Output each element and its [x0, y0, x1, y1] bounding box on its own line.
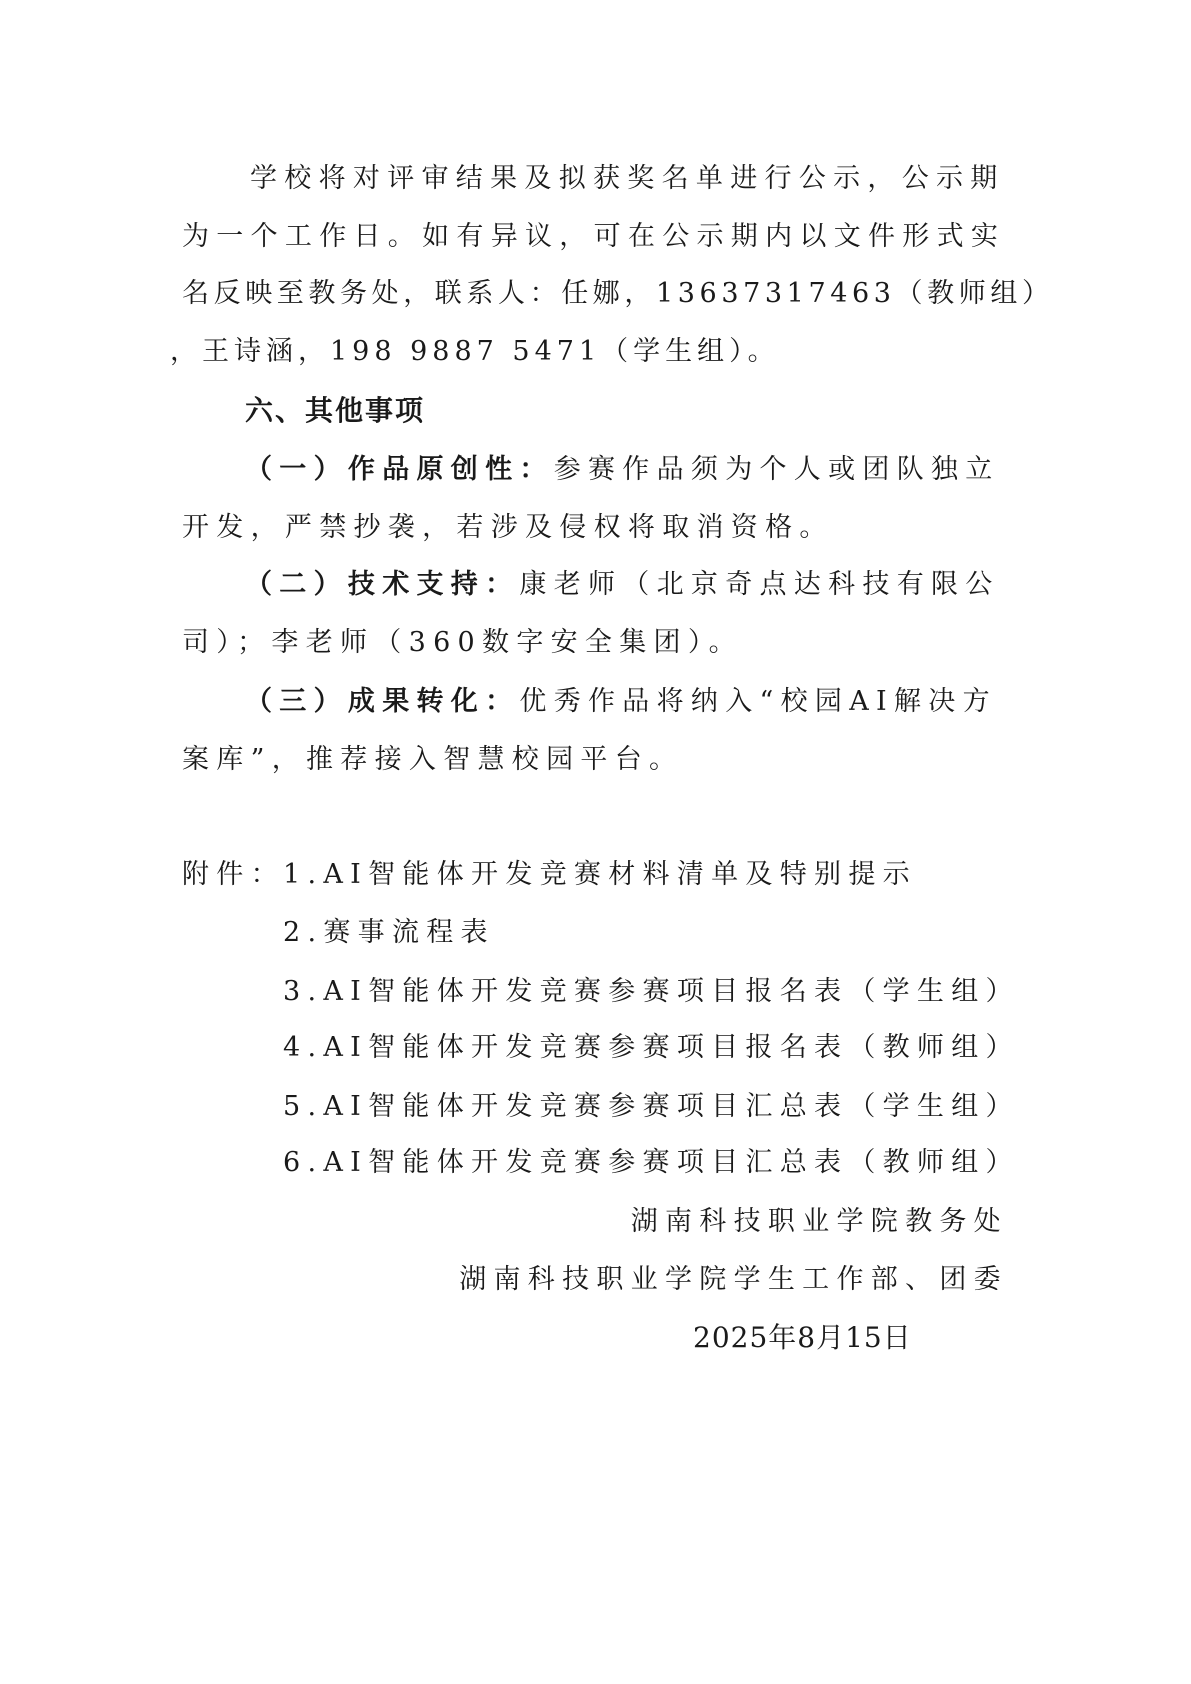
subsection-text: 康老师（北京奇点达科技有限公: [519, 569, 999, 600]
subsection-label: （一）作品原创性：: [245, 454, 554, 485]
attachment-item-4: 4.AI智能体开发竞赛参赛项目报名表（教师组）: [283, 1028, 1113, 1068]
attachment-item-2: 2.赛事流程表: [283, 913, 1113, 953]
signature-org-student-affairs: 湖南科技职业学院学生工作部、团委: [459, 1260, 1008, 1300]
signature-org-academic-affairs: 湖南科技职业学院教务处: [631, 1202, 1008, 1242]
attachment-item-3: 3.AI智能体开发竞赛参赛项目报名表（学生组）: [283, 972, 1113, 1012]
attachment-item-6: 6.AI智能体开发竞赛参赛项目汇总表（教师组）: [283, 1143, 1113, 1183]
subsection-text: 优秀作品将纳入“校园AI解决方: [519, 686, 996, 717]
document-page: 学校将对评审结果及拟获奖名单进行公示，公示期 为一个工作日。如有异议，可在公示期…: [0, 0, 1191, 1684]
announcement-line-3: 名反映至教务处，联系人：任娜，13637317463（教师组）: [182, 274, 1012, 314]
announcement-line-1: 学校将对评审结果及拟获奖名单进行公示，公示期: [250, 159, 1080, 199]
subsection-outcome: （三）成果转化：优秀作品将纳入“校园AI解决方: [245, 682, 1015, 722]
attachment-row-1: 附件：1.AI智能体开发竞赛材料清单及特别提示: [182, 855, 1012, 895]
subsection-label: （二）技术支持：: [245, 569, 519, 600]
subsection-tech-support: （二）技术支持：康老师（北京奇点达科技有限公: [245, 565, 1015, 605]
attachment-item: 1.AI智能体开发竞赛材料清单及特别提示: [283, 859, 917, 890]
subsection-originality: （一）作品原创性：参赛作品须为个人或团队独立: [245, 450, 1015, 490]
subsection-originality-cont: 开发，严禁抄袭，若涉及侵权将取消资格。: [182, 508, 1012, 548]
announcement-line-2: 为一个工作日。如有异议，可在公示期内以文件形式实: [182, 217, 1012, 257]
attachment-item-5: 5.AI智能体开发竞赛参赛项目汇总表（学生组）: [283, 1087, 1113, 1127]
subsection-text: 参赛作品须为个人或团队独立: [554, 454, 1000, 485]
subsection-outcome-cont: 案库”，推荐接入智慧校园平台。: [182, 740, 1012, 780]
subsection-tech-support-cont: 司）；李老师（360数字安全集团）。: [182, 623, 1012, 663]
section-heading: 六、其他事项: [245, 391, 425, 431]
subsection-label: （三）成果转化：: [245, 686, 519, 717]
signature-date: 2025年8月15日: [693, 1318, 912, 1358]
announcement-line-4: ，王诗涵，198 9887 5471（学生组）。: [170, 332, 1000, 372]
attachments-label: 附件：: [182, 855, 283, 895]
